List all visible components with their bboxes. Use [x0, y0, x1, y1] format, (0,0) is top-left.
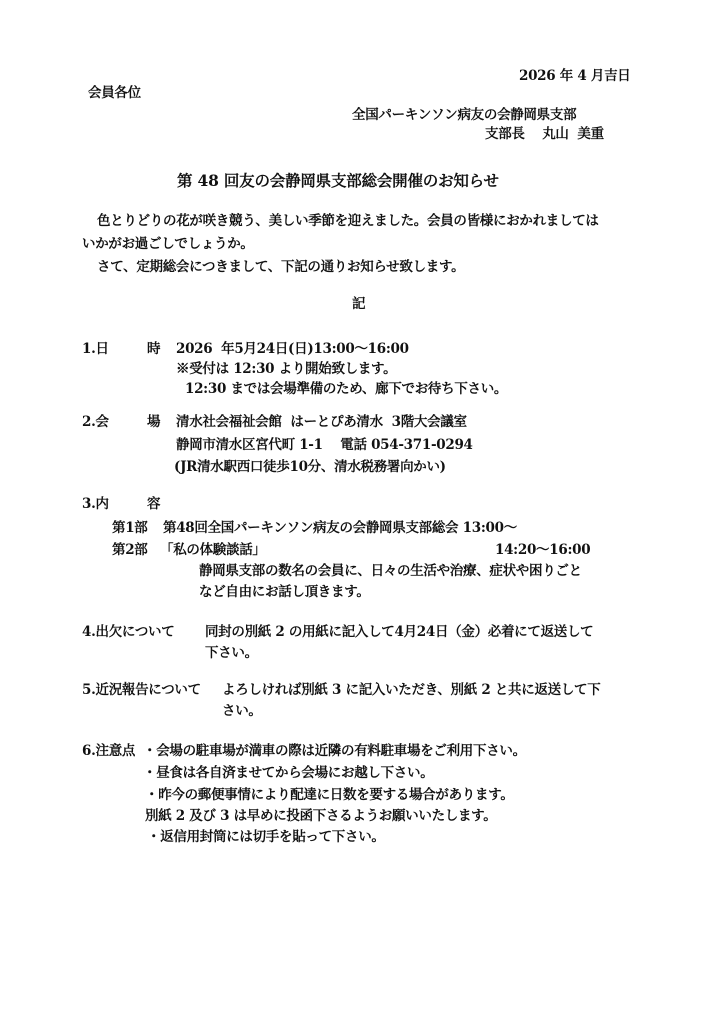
- note-item: ・会場の駐車場が満車の際は近隣の有料駐車場をご利用下さい。: [143, 743, 526, 759]
- part2-label: 第2部: [112, 542, 148, 558]
- part2-text: 「私の体験談話」: [160, 542, 266, 558]
- attendance-label: 4.出欠について: [82, 624, 174, 640]
- document-title: 第 48 回友の会静岡県支部総会開催のお知らせ: [177, 173, 499, 189]
- note-item: ・昼食は各自済ませてから会場にお越し下さい。: [143, 765, 433, 781]
- greeting-line-3: さて、定期総会につきまして、下記の通りお知らせ致します。: [97, 259, 464, 275]
- organization-name: 全国パーキンソン病友の会静岡県支部: [352, 107, 576, 123]
- addressee: 会員各位: [88, 85, 141, 101]
- sender-name: 支部長 丸山 美重: [485, 126, 604, 142]
- part1-label: 第1部: [112, 520, 148, 536]
- datetime-label-a: 1.日: [82, 341, 109, 357]
- note-item: ・返信用封筒には切手を貼って下さい。: [147, 829, 385, 845]
- report-label: 5.近況報告について: [82, 682, 201, 698]
- greeting-line-2: いかがお過ごしでしょうか。: [82, 236, 254, 252]
- document-date: 2026 年 4 月吉日: [519, 68, 630, 84]
- part1-text: 第48回全国パーキンソン病友の会静岡県支部総会 13:00～: [163, 520, 517, 536]
- datetime-note-1: ※受付は 12:30 より開始致します。: [176, 361, 396, 377]
- note-item: ・昨今の郵便事情により配達に日数を要する場合があります。: [145, 787, 514, 803]
- datetime-label-b: 時: [147, 341, 160, 357]
- part2-time: 14:20～16:00: [495, 542, 590, 558]
- report-line-1: よろしければ別紙 3 に記入いただき、別紙 2 と共に返送して下: [222, 682, 600, 698]
- venue-label-b: 場: [147, 414, 160, 430]
- part2-desc-1: 静岡県支部の数名の会員に、日々の生活や治療、症状や困りごと: [199, 563, 582, 579]
- attendance-line-2: 下さい。: [205, 645, 258, 661]
- datetime-note-2: 12:30 までは会場準備のため、廊下でお待ち下さい。: [185, 381, 507, 397]
- venue-name: 清水社会福祉会館 はーとぴあ清水 3階大会議室: [176, 414, 467, 430]
- content-label-a: 3.内: [82, 496, 109, 512]
- notes-label: 6.注意点: [82, 743, 135, 759]
- attendance-line-1: 同封の別紙 2 の用紙に記入して4月24日（金）必着にて返送して: [205, 624, 593, 640]
- ki-heading: 記: [352, 296, 365, 312]
- note-item: 別紙 2 及び 3 は早めに投函下さるようお願いいたします。: [145, 808, 497, 824]
- datetime-value: 2026 年5月24日(日)13:00～16:00: [176, 341, 409, 357]
- report-line-2: さい。: [222, 703, 262, 719]
- content-label-b: 容: [147, 496, 160, 512]
- greeting-line-1: 色とりどりの花が咲き競う、美しい季節を迎えました。会員の皆様におかれましては: [97, 213, 599, 229]
- part2-desc-2: など自由にお話し頂きます。: [199, 584, 370, 600]
- venue-label-a: 2.会: [82, 414, 109, 430]
- venue-address: 静岡市清水区宮代町 1-1 電話 054-371-0294: [176, 437, 473, 453]
- venue-access: (JR清水駅西口徒歩10分、清水税務署向かい): [174, 459, 446, 475]
